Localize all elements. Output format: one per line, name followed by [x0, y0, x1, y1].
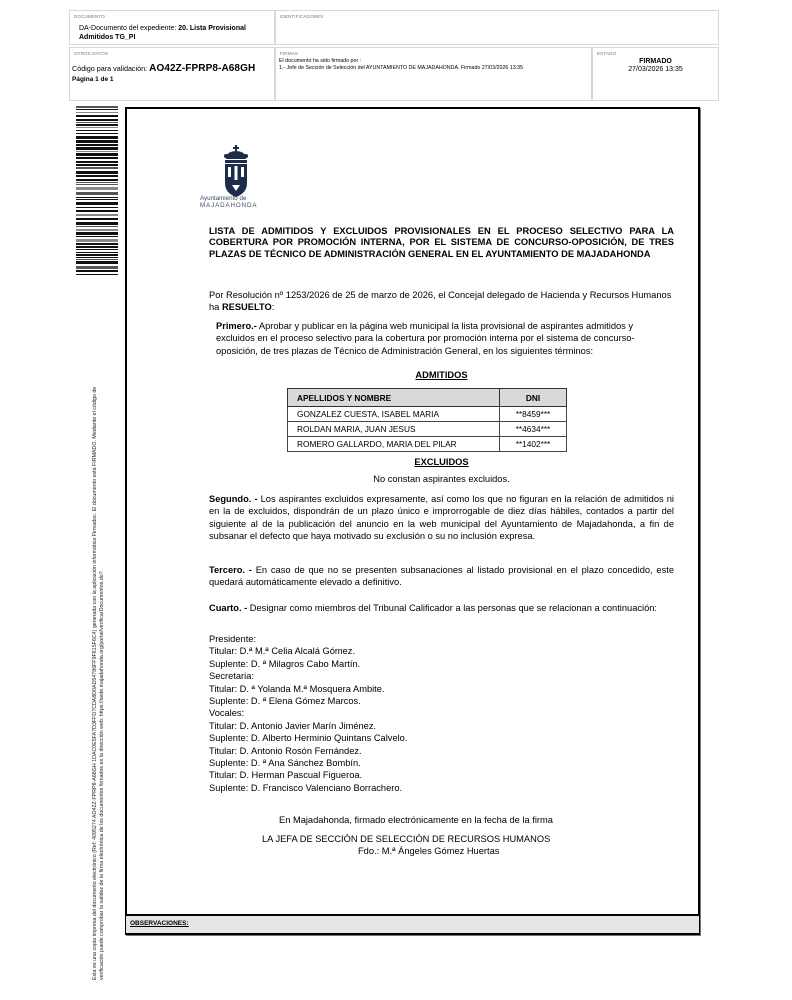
tribunal-line: Suplente: D. Alberto Herminio Quintans C…	[209, 732, 674, 744]
firmas-line-1: El documento ha sido firmado por :	[279, 58, 361, 64]
cuarto-paragraph: Cuarto. - Designar como miembros del Tri…	[209, 602, 674, 614]
barcode-icon	[76, 106, 118, 278]
tribunal-line: Suplente: D. ª Ana Sánchez Bombín.	[209, 757, 674, 769]
col-apellidos-nombre: APELLIDOS Y NOMBRE	[288, 389, 500, 407]
verification-legend: Esta es una copia impresa del documento …	[92, 280, 105, 980]
firmas-cell: FIRMAS El documento ha sido firmado por …	[275, 47, 592, 101]
estado-label: ESTADO	[597, 51, 616, 56]
logo-caption: Ayuntamiento de MAJADAHONDA	[200, 195, 274, 209]
validation-code[interactable]: AO42Z-FPRP8-A68GH	[149, 63, 255, 74]
identificadores-cell: IDENTIFICADORES	[275, 10, 719, 45]
tribunal-line: Titular: D. Antonio Javier Marín Jiménez…	[209, 720, 674, 732]
document-title: DA-Documento del expediente: 20. Lista P…	[79, 25, 269, 42]
document-heading: LISTA DE ADMITIDOS Y EXCLUIDOS PROVISION…	[209, 226, 674, 260]
tribunal-line: Secretaria:	[209, 670, 674, 682]
validation-code-line: Código para validación: AO42Z-FPRP8-A68G…	[72, 63, 255, 74]
table-row: GONZALEZ CUESTA, ISABEL MARIA **8459***	[288, 407, 567, 422]
table-row: ROLDAN MARIA, JUAN JESUS **4634***	[288, 422, 567, 437]
signature-place: En Majadahonda, firmado electrónicamente…	[279, 815, 553, 825]
documento-cell: DOCUMENTO DA-Documento del expediente: 2…	[69, 10, 275, 45]
firmas-line-2: 1.- Jefe de Sección de Selección del AYU…	[279, 65, 523, 71]
documento-label: DOCUMENTO	[74, 14, 105, 19]
table-row: ROMERO GALLARDO, MARIA DEL PILAR **1402*…	[288, 437, 567, 452]
tercero-paragraph: Tercero. - En caso de que no se presente…	[209, 564, 674, 589]
tribunal-list: Presidente: Titular: D.ª M.ª Celia Alcal…	[209, 633, 674, 794]
table-header-row: APELLIDOS Y NOMBRE DNI	[288, 389, 567, 407]
estado-cell: ESTADO FIRMADO 27/03/2026 13:35	[592, 47, 719, 101]
segundo-paragraph: Segundo. - Los aspirantes excluidos expr…	[209, 493, 674, 542]
firmas-label: FIRMAS	[280, 51, 298, 56]
resolution-paragraph: Por Resolución nº 1253/2026 de 25 de mar…	[209, 289, 674, 314]
tribunal-line: Suplente: D. Francisco Valenciano Borrac…	[209, 782, 674, 794]
observaciones-bar: OBSERVACIONES:	[126, 914, 699, 933]
excluidos-heading: EXCLUIDOS	[209, 457, 674, 467]
estado-date: 27/03/2026 13:35	[593, 66, 718, 73]
primero-paragraph: Primero.- Aprobar y publicar en la págin…	[216, 320, 674, 357]
tribunal-line: Vocales:	[209, 707, 674, 719]
excluidos-text: No constan aspirantes excluidos.	[209, 474, 674, 484]
tribunal-line: Titular: D.ª M.ª Celia Alcalá Gómez.	[209, 645, 674, 657]
observaciones-label: OBSERVACIONES:	[130, 920, 189, 927]
tribunal-line: Titular: D. Antonio Rosón Fernández.	[209, 745, 674, 757]
tribunal-line: Presidente:	[209, 633, 674, 645]
signature-role: LA JEFA DE SECCIÓN DE SELECCIÓN DE RECUR…	[262, 834, 550, 844]
tribunal-line: Titular: D. Herman Pascual Figueroa.	[209, 769, 674, 781]
estado-status: FIRMADO	[593, 58, 718, 65]
admitidos-table: APELLIDOS Y NOMBRE DNI GONZALEZ CUESTA, …	[287, 388, 567, 452]
admitidos-heading: ADMITIDOS	[209, 370, 674, 380]
otros-datos-label: OTROS DATOS	[74, 51, 108, 56]
otros-datos-cell: OTROS DATOS	[69, 47, 275, 101]
identificadores-label: IDENTIFICADORES	[280, 14, 323, 19]
tribunal-line: Suplente: D. ª Elena Gómez Marcos.	[209, 695, 674, 707]
tribunal-line: Titular: D. ª Yolanda M.ª Mosquera Ambit…	[209, 683, 674, 695]
col-dni: DNI	[500, 389, 567, 407]
page-indicator: Página 1 de 1	[72, 76, 114, 83]
tribunal-line: Suplente: D. ª Milagros Cabo Martín.	[209, 658, 674, 670]
signature-name: Fdo.: M.ª Ángeles Gómez Huertas	[358, 846, 499, 856]
document-metadata-header: DOCUMENTO DA-Documento del expediente: 2…	[69, 10, 719, 101]
